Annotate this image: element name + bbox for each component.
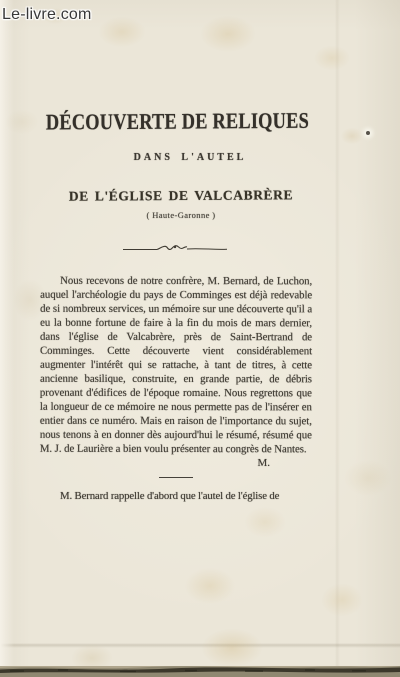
article-paragraph: Nous recevons de notre confrère, M. Bern… bbox=[40, 274, 312, 457]
article-continuation-line: M. Bernard rappelle d'abord que l'autel … bbox=[40, 489, 312, 503]
page-subtitle-line1: DANS L'AUTEL bbox=[54, 152, 326, 164]
scanned-book-page: Le-livre.com DÉCOUVERTE DE RELIQUES DANS… bbox=[0, 0, 400, 677]
ink-speck bbox=[366, 131, 370, 135]
page-bottom-edge bbox=[0, 653, 400, 677]
site-watermark: Le-livre.com bbox=[2, 6, 92, 24]
region-note: ( Haute-Garonne ) bbox=[45, 210, 317, 221]
page-subtitle-line2: DE L'ÉGLISE DE VALCABRÈRE bbox=[45, 187, 317, 204]
printed-content: DÉCOUVERTE DE RELIQUES DANS L'AUTEL DE L… bbox=[40, 110, 312, 503]
ornament-divider bbox=[39, 242, 311, 260]
page-title: DÉCOUVERTE DE RELIQUES bbox=[46, 108, 296, 138]
section-rule bbox=[159, 477, 193, 478]
signature-initial: M. bbox=[40, 456, 312, 470]
